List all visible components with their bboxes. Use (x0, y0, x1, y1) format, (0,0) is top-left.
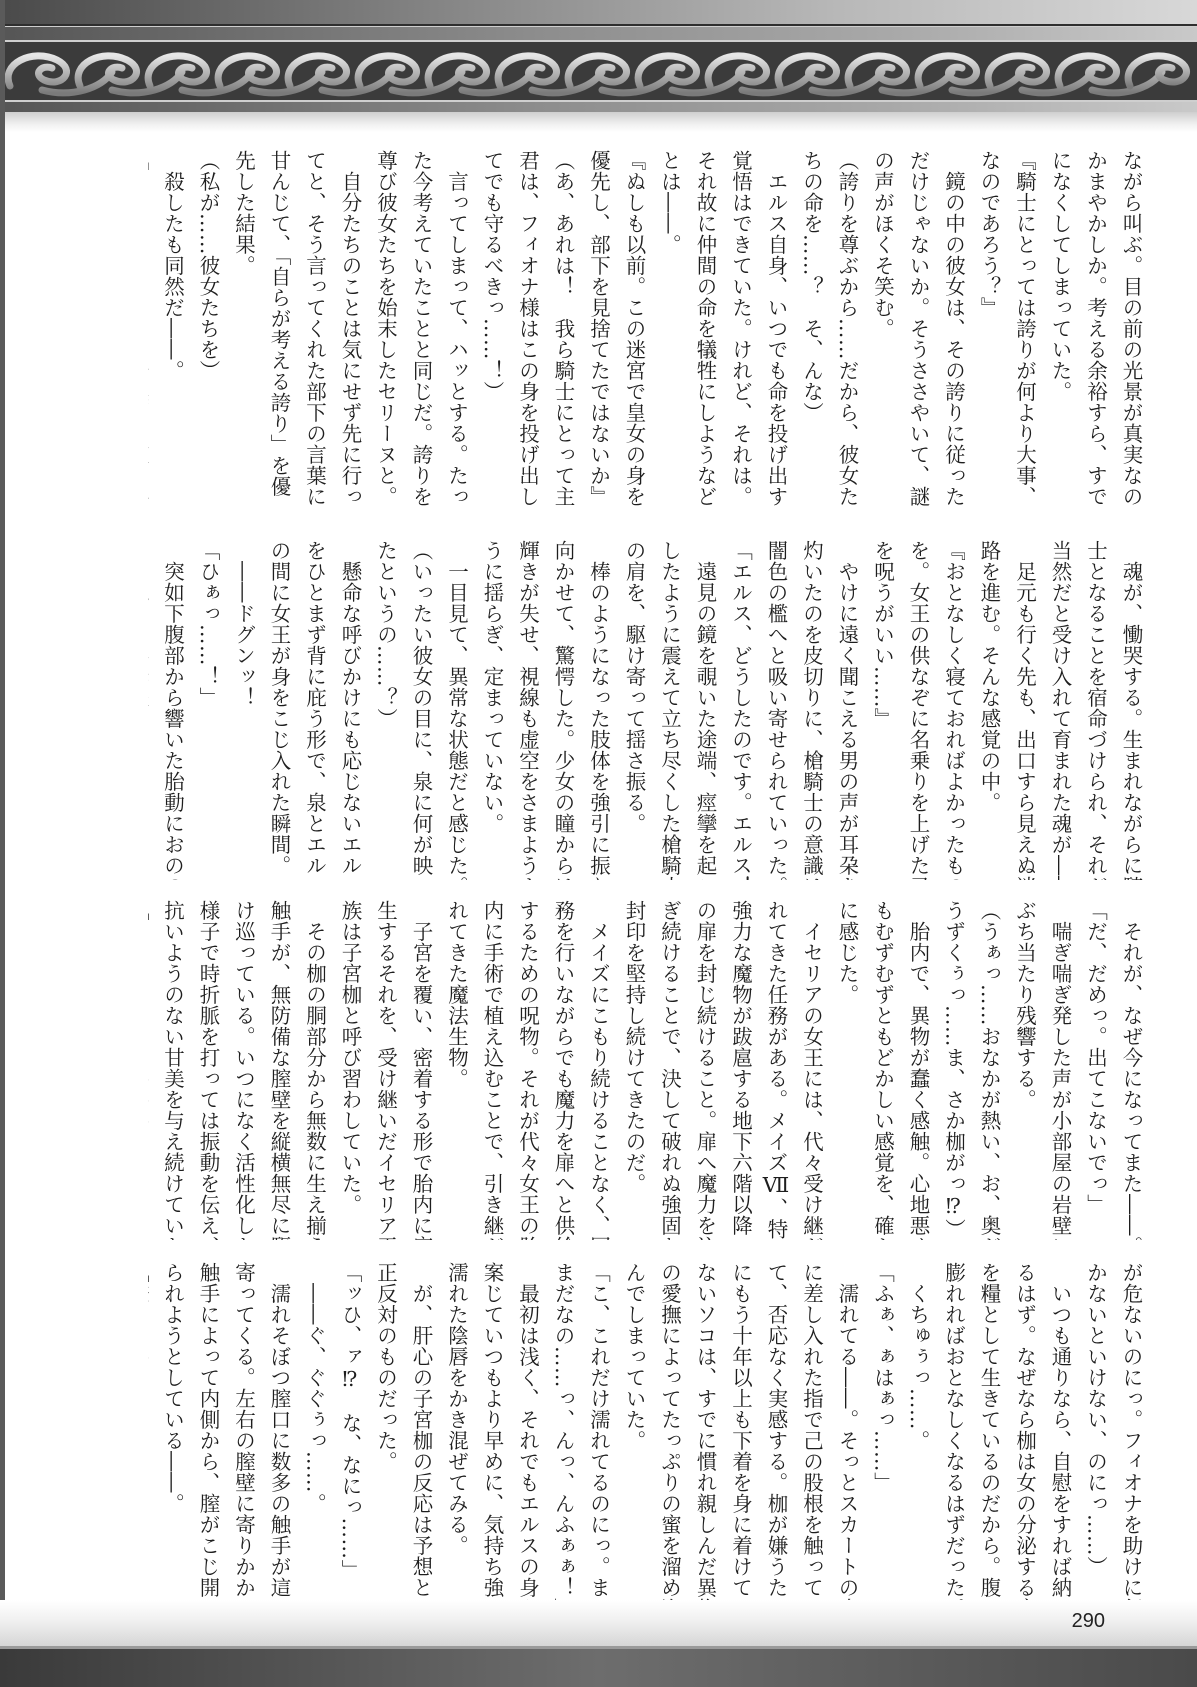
text-column: が、肝心の子宮枷の反応は予想とは (403, 1262, 439, 1602)
text-column: 突如下腹部から響いた胎動におのの (154, 540, 190, 880)
text-column: 寄ってくる。左右の膣壁に寄りかかる (225, 1262, 261, 1602)
top-frame-bar (0, 0, 1197, 26)
text-column: 『ぬしも以前。この迷宮で皇女の身を (616, 150, 652, 510)
text-column: 濡れそぼつ膣口に数多の触手が這い (261, 1262, 297, 1602)
text-column: ながら叫ぶ。目の前の光景が真実なの (1113, 150, 1149, 510)
text-column: 輝きが失せ、視線も虚空をさまようよ (509, 540, 545, 880)
text-column: にもう十年以上も下着を身に着けてい (722, 1262, 758, 1602)
celtic-knot-border (0, 26, 1197, 114)
text-column: け巡っている。いつになく活性化した (225, 900, 261, 1240)
text-column: 内に手術で植え込むことで、引き継が (474, 900, 510, 1240)
text-column: 「くぅっ……ふ、ぁぁぁっ……！」 (148, 900, 154, 1240)
text-column: の声がほくそ笑む。 (864, 150, 900, 510)
text-column: 尊び彼女たちを始末したセリーヌと。 (367, 150, 403, 510)
text-tier-2: 魂が、慟哭する。生まれながらに騎士となることを宿命づけられ、それが当然だと受け入… (148, 540, 1148, 880)
text-column: 灼いたのを皮切りに、槍騎士の意識は (793, 540, 829, 880)
text-column: 君は、フィオナ様はこの身を投げ出し (509, 150, 545, 510)
text-column: うずくぅっ……ま、さか枷がっ⁉） (935, 900, 971, 1240)
text-column: その枷の胴部分から無数に生え揃う (296, 900, 332, 1240)
text-column: （私が……彼女たちを） (190, 150, 226, 510)
text-column: ぎ続けることで、決して破れぬ強固な (651, 900, 687, 1240)
text-column: を。女王の供なぞに名乗りを上げた己 (900, 540, 936, 880)
text-column: 向かせて、驚愕した。少女の瞳からは (545, 540, 581, 880)
text-column: 覚悟はできていた。けれど、それは。 (722, 150, 758, 510)
text-column: 務を行いながらでも魔力を扉へと供給 (545, 900, 581, 1240)
text-column: （うぁっ……おなかが熱い、お、奥が (971, 900, 1007, 1240)
text-column: イセリアの女王には、代々受け継が (793, 900, 829, 1240)
text-column: 『騎士にとっては誇りが何より大事、 (1006, 150, 1042, 510)
text-column: もむずむずともどかしい感覚を、確か (864, 900, 900, 1240)
text-column: 膨れればおとなしくなるはずだった。 (935, 1262, 971, 1602)
text-column: それが、なぜ今になってまた――。 (1113, 900, 1149, 1240)
text-column: の肩を、駆け寄って揺さ振る。 (616, 540, 652, 880)
text-column: を呪うがいい……』 (864, 540, 900, 880)
text-column: れてきた魔法生物。 (438, 900, 474, 1240)
text-tier-1: ながら叫ぶ。目の前の光景が真実なのかまやかしか。考える余裕すら、すでになくしてし… (148, 150, 1148, 510)
text-column: 自分たちのことは気にせず先に行っ (332, 150, 368, 510)
text-column: 「だ、だめっ。出てこないでっ」 (1077, 900, 1113, 1240)
text-column: まだなの……っ、んっ、んふぁぁ！」 (545, 1262, 581, 1602)
text-column: 足元も行く先も、出口すら見えぬ迷 (1006, 540, 1042, 880)
text-column: 懸命な呼びかけにも応じないエルス (332, 540, 368, 880)
text-column: が危ないのにっ。フィオナを助けに行 (1113, 1262, 1149, 1602)
text-column: 言ってしまって、ハッとする。たっ (438, 150, 474, 510)
text-column: 「エルス、どうしたのです。エルス！」 (722, 540, 758, 880)
text-column: 族は子宮枷と呼び習わしていた。 (332, 900, 368, 1240)
knot-ornament-icon (2, 42, 1197, 100)
text-column: かまやかしか。考える余裕すら、すで (1077, 150, 1113, 510)
text-column: に差し入れた指で己の股根を触ってみ (793, 1262, 829, 1602)
text-column: ぶち当たり残響する。 (1006, 900, 1042, 1240)
text-column: られようとしている――。 (154, 1262, 190, 1602)
text-column: た今考えていたことと同じだ。誇りを (403, 150, 439, 510)
text-column: の愛撫によってたっぷりの蜜を溜め込 (651, 1262, 687, 1602)
text-column: をひとまず背に庇う形で、泉とエルス (296, 540, 332, 880)
text-column: 魂が、慟哭する。生まれながらに騎 (1113, 540, 1149, 880)
text-column: 最初は浅く、それでもエルスの身を (509, 1262, 545, 1602)
text-column: くちゅぅっ……。 (900, 1262, 936, 1602)
header-shadow (0, 112, 1197, 132)
text-column: （あ、あれは！ 我ら騎士にとって主 (545, 150, 581, 510)
text-column: （誇りを尊ぶから……だから、彼女た (829, 150, 865, 510)
text-column: なのであろう？』 (971, 150, 1007, 510)
text-column: 優先し、部下を見捨てたではないか』 (580, 150, 616, 510)
text-column: 鏡の中の彼女は、その誇りに従った (935, 150, 971, 510)
text-column: てと、そう言ってくれた部下の言葉に (296, 150, 332, 510)
text-column: 一目見て、異常な状態だと感じた。 (438, 540, 474, 880)
text-column: 子宮を覆い、密着する形で胎内に寄 (403, 900, 439, 1240)
text-column: ――ぐ、ぐぐぅっ……。 (296, 1262, 332, 1602)
text-column: 路を進む。そんな感覚の中。 (971, 540, 1007, 880)
text-column: エルス自身、いつでも命を投げ出す (758, 150, 794, 510)
text-column: て、否応なく実感する。枷が嫌うため (758, 1262, 794, 1602)
text-column: 「こ、これだけ濡れてるのにっ。ま (580, 1262, 616, 1602)
text-column: 胎内で、異物が蠢く感触。心地悪く (900, 900, 936, 1240)
text-column: 「ひぁっ……！」 (190, 540, 226, 880)
text-column: とは――。 (651, 150, 687, 510)
text-column: んでしまっていた。 (616, 1262, 652, 1602)
text-column: るはず。なぜなら枷は女の分泌する蜜 (1006, 1262, 1042, 1602)
text-column: 「ッひ、ァ⁉ な、なにっ……」 (332, 1262, 368, 1602)
text-column: 濡れた陰唇をかき混ぜてみる。 (438, 1262, 474, 1602)
text-column: 抗いようのない甘美を与え続けていた。 (154, 900, 190, 1240)
text-column: かないといけない、のにっ……） (1077, 1262, 1113, 1602)
left-page-edge (0, 0, 5, 1687)
text-column: 生するそれを、受け継いだイセリア王 (367, 900, 403, 1240)
text-column: ちの命を……？ そ、んな） (793, 150, 829, 510)
text-column: だけじゃないか。そうささやいて、謎 (900, 150, 936, 510)
text-column: いつも通りなら、自慰をすれば納ま (1042, 1262, 1078, 1602)
text-column: （いったい彼女の目に、泉に何が映っ (403, 540, 439, 880)
text-column: それ故に仲間の命を犠牲にしようなど (687, 150, 723, 510)
text-column: 様子で時折脈を打っては振動を伝え、 (190, 900, 226, 1240)
text-column: に感じた。 (829, 900, 865, 1240)
text-column: するための呪物。それが代々女王の胎 (509, 900, 545, 1240)
text-column: たというの……？） (367, 540, 403, 880)
text-column: になくしてしまっていた。 (1042, 150, 1078, 510)
bottom-frame-bar (0, 1646, 1197, 1687)
text-column: ――ドグンッ！ (225, 540, 261, 880)
text-column: メイズにこもり続けることなく、国 (580, 900, 616, 1240)
text-column: やけに遠く聞こえる男の声が耳朶を (829, 540, 865, 880)
text-column: したように震えて立ち尽くした槍騎士 (651, 540, 687, 880)
text-column: 濡れてる――。そっとスカートの中 (829, 1262, 865, 1602)
text-column: 『そう。ぬしも、あの暗黒剣の使い手 (148, 150, 154, 510)
text-column: の間に女王が身をこじ入れた瞬間。 (261, 540, 297, 880)
text-column: 「ふぁ、ぁはぁっ……」 (864, 1262, 900, 1602)
text-column: 先した結果。 (225, 150, 261, 510)
text-column: の扉を封じ続けること。扉へ魔力を注 (687, 900, 723, 1240)
text-column: 士となることを宿命づけられ、それが (1077, 540, 1113, 880)
text-tier-3: それが、なぜ今になってまた――。「だ、だめっ。出てこないでっ」 喘ぎ喘ぎ発した声… (148, 900, 1148, 1240)
text-column: 触手によって内側から、膣がこじ開け (190, 1262, 226, 1602)
text-column: 当然だと受け入れて育まれた魂が――。 (1042, 540, 1078, 880)
text-column: 強力な魔物が跋扈する地下六階以降へ (722, 900, 758, 1240)
text-column: れてきた任務がある。メイズⅦ、特に (758, 900, 794, 1240)
text-column: 闇色の檻へと吸い寄せられていった。 (758, 540, 794, 880)
text-column: 遠見の鏡を覗いた途端、痙攣を起こ (687, 540, 723, 880)
text-column: ないソコは、すでに慣れ親しんだ異物 (687, 1262, 723, 1602)
text-column: を糧として生きているのだから。腹が (971, 1262, 1007, 1602)
text-column: 『おとなしく寝ておればよかったもの (935, 540, 971, 880)
text-column: 殺したも同然だ――。 (154, 150, 190, 510)
text-column: 触手が、無防備な膣壁を縦横無尽に駆 (261, 900, 297, 1240)
text-column: てでも守るべきっ……！） (474, 150, 510, 510)
text-column: 封印を堅持し続けてきたのだ。 (616, 900, 652, 1240)
text-column: 甘んじて、「自らが考える誇り」を優 (261, 150, 297, 510)
knot-pattern (2, 40, 1197, 102)
text-column: 案じていつもより早めに、気持ち強く (474, 1262, 510, 1602)
text-tier-4: が危ないのにっ。フィオナを助けに行かないといけない、のにっ……） いつも通りなら… (148, 1262, 1148, 1602)
page-number: 290 (1005, 1610, 1105, 1633)
text-column: 喘ぎ喘ぎ発した声が小部屋の岩壁に (1042, 900, 1078, 1240)
text-column: うに揺らぎ、定まっていない。 (474, 540, 510, 880)
text-column: 棒のようになった肢体を強引に振り (580, 540, 616, 880)
text-column: 正反対のものだった。 (367, 1262, 403, 1602)
